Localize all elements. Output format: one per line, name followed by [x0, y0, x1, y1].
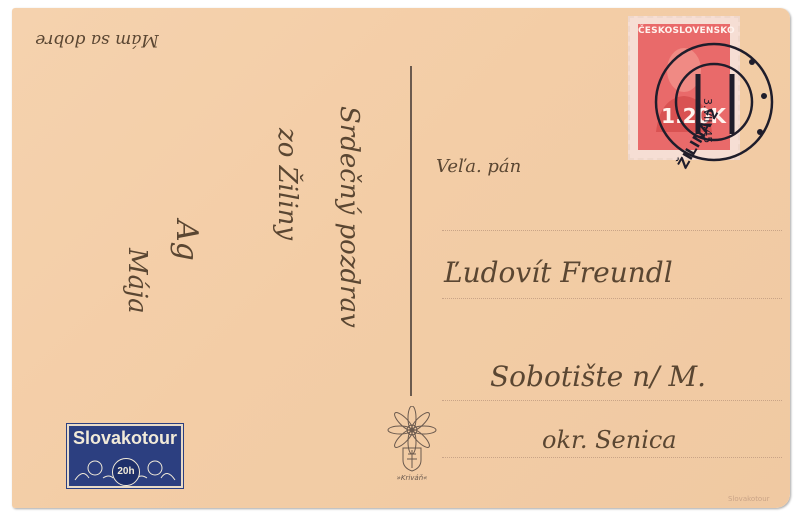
logo-caption: »Kriváň« — [384, 474, 440, 482]
label-title: Slovakotour — [69, 428, 181, 449]
address-line — [442, 298, 782, 299]
publisher-mark: Slovakotour — [728, 495, 770, 503]
address-town: Sobotište n/ M. — [490, 360, 706, 393]
address-district: okr. Senica — [542, 426, 677, 454]
greeting-line2: zo Žiliny — [272, 128, 302, 240]
signature-line1: Ag — [169, 220, 204, 261]
address-line — [442, 400, 782, 401]
slovakotour-label: Slovakotour 20h — [67, 424, 183, 488]
center-divider — [410, 66, 412, 396]
postmark-icon: 3.VIII.45 ŽILINA 2 — [652, 40, 782, 170]
stamp-country: ČESKOSLOVENSKO — [638, 26, 730, 36]
address-name: Ľudovít Freundl — [444, 256, 673, 289]
signature-line2: Mája — [122, 248, 152, 314]
top-note: Mám sa dobre — [32, 30, 162, 50]
address-line — [442, 457, 782, 458]
address-salutation: Veľa. pán — [436, 156, 521, 177]
greeting-line1: Srdečný pozdrav — [334, 106, 364, 328]
label-value: 20h — [112, 458, 140, 486]
address-line — [442, 230, 782, 231]
